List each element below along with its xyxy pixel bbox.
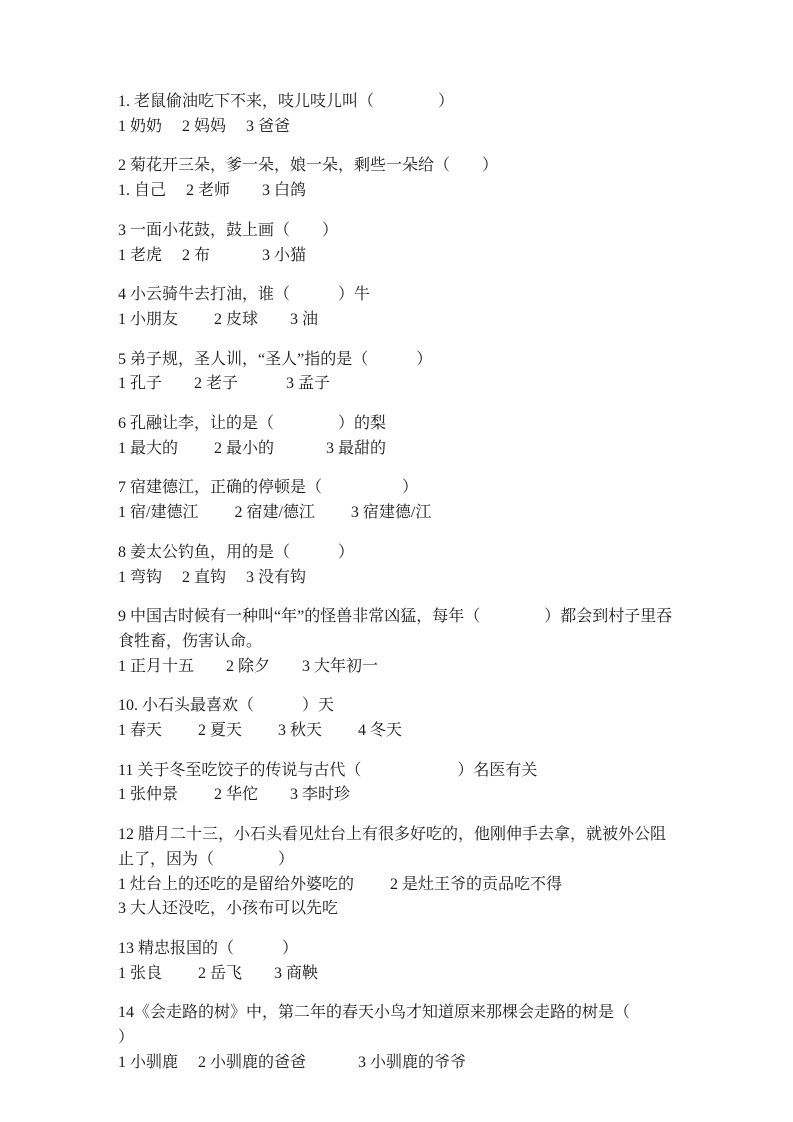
question-6: 6 孔融让李，让的是（ ）的梨 1 最大的 2 最小的 3 最甜的 (118, 412, 675, 461)
question-2: 2 菊花开三朵，爹一朵，娘一朵，剩些一朵给（ ） 1. 自己 2 老师 3 白鸽 (118, 154, 675, 203)
question-5: 5 弟子规，圣人训，“圣人”指的是（ ） 1 孔子 2 老子 3 孟子 (118, 348, 675, 397)
question-4: 4 小云骑牛去打油，谁（ ）牛 1 小朋友 2 皮球 3 油 (118, 283, 675, 332)
question-13: 13 精忠报国的（ ） 1 张良 2 岳飞 3 商鞅 (118, 937, 675, 986)
document-page: 1. 老鼠偷油吃下不来，吱儿吱儿叫（ ） 1 奶奶 2 妈妈 3 爸爸 2 菊花… (0, 0, 793, 1122)
question-8: 8 姜太公钓鱼，用的是（ ） 1 弯钩 2 直钩 3 没有钩 (118, 541, 675, 590)
question-10: 10. 小石头最喜欢（ ）天 1 春天 2 夏天 3 秋天 4 冬天 (118, 694, 675, 743)
question-11: 11 关于冬至吃饺子的传说与古代（ ）名医有关 1 张仲景 2 华佗 3 李时珍 (118, 759, 675, 808)
question-1: 1. 老鼠偷油吃下不来，吱儿吱儿叫（ ） 1 奶奶 2 妈妈 3 爸爸 (118, 90, 675, 139)
question-9: 9 中国古时候有一种叫“年”的怪兽非常凶猛，每年（ ）都会到村子里吞 食牲畜，伤… (118, 605, 675, 679)
question-3: 3 一面小花鼓，鼓上画（ ） 1 老虎 2 布 3 小猫 (118, 219, 675, 268)
question-12: 12 腊月二十三，小石头看见灶台上有很多好吃的，他刚伸手去拿，就被外公阻 止了，… (118, 823, 675, 922)
question-14: 14《会走路的树》中，第二年的春天小鸟才知道原来那棵会走路的树是（ ） 1 小驯… (118, 1001, 675, 1075)
question-7: 7 宿建德江，正确的停顿是（ ） 1 宿/建德江 2 宿建/德江 3 宿建德/江 (118, 476, 675, 525)
